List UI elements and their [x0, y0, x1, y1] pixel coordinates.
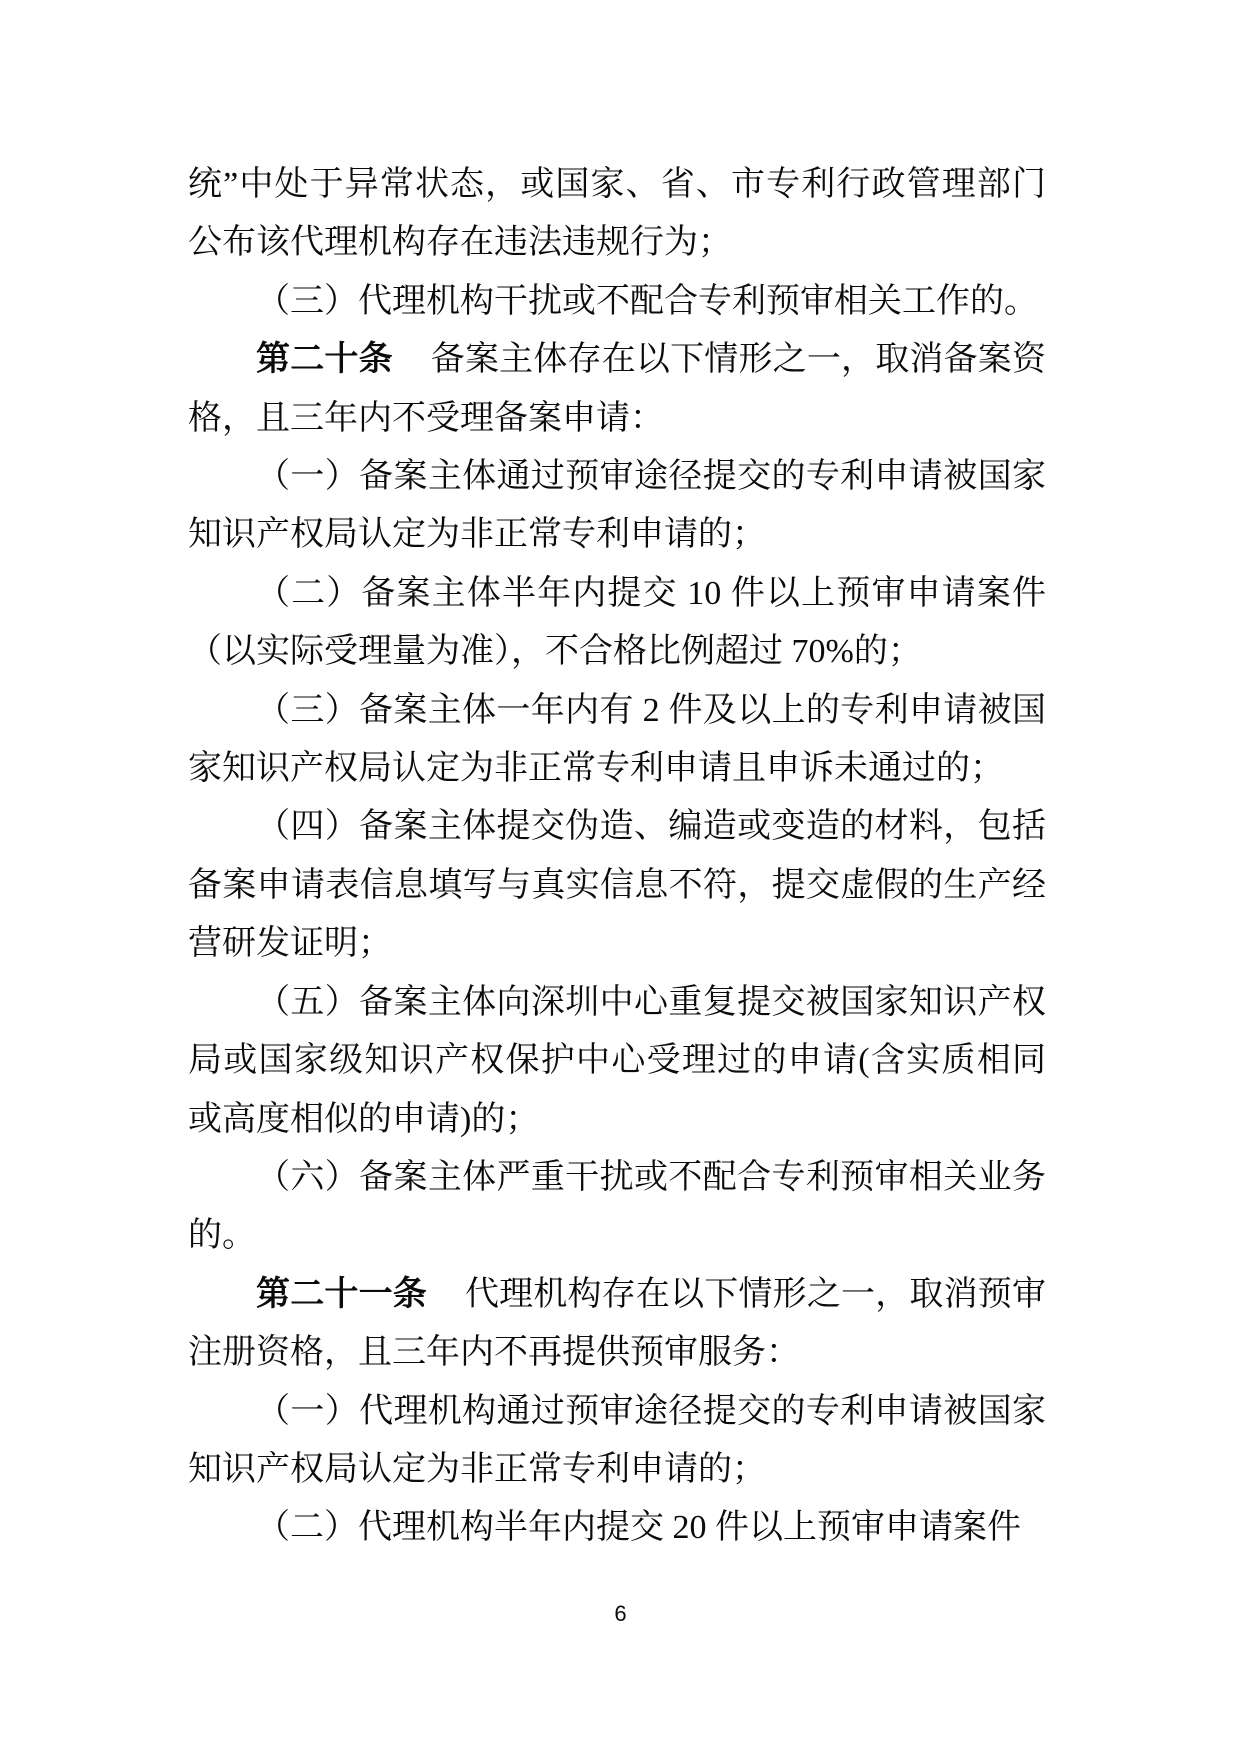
body-paragraph: 第二十一条代理机构存在以下情形之一，取消预审注册资格，且三年内不再提供预审服务： [188, 1266, 1046, 1383]
paragraph-text: （四）备案主体提交伪造、编造或变造的材料，包括备案申请表信息填写与真实信息不符，… [188, 808, 1046, 962]
paragraph-text: （五）备案主体向深圳中心重复提交被国家知识产权局或国家级知识产权保护中心受理过的… [188, 984, 1046, 1138]
body-paragraph: （三）代理机构干扰或不配合专利预审相关工作的。 [188, 273, 1046, 331]
paragraph-text: （二）代理机构半年内提交 20 件以上预审申请案件 [256, 1509, 1021, 1546]
page-number: 6 [0, 1601, 1241, 1627]
paragraph-text: （二）备案主体半年内提交 10 件以上预审申请案件（以实际受理量为准），不合格比… [188, 575, 1046, 670]
body-paragraph: 第二十条备案主体存在以下情形之一，取消备案资格，且三年内不受理备案申请： [188, 331, 1046, 448]
body-paragraph: （六）备案主体严重干扰或不配合专利预审相关业务的。 [188, 1149, 1046, 1266]
body-paragraph: （三）备案主体一年内有 2 件及以上的专利申请被国家知识产权局认定为非正常专利申… [188, 682, 1046, 799]
article-number: 第二十条 [256, 341, 393, 378]
paragraph-text: （一）备案主体通过预审途径提交的专利申请被国家知识产权局认定为非正常专利申请的； [188, 458, 1046, 553]
paragraph-text: （三）备案主体一年内有 2 件及以上的专利申请被国家知识产权局认定为非正常专利申… [188, 692, 1046, 787]
body-paragraph: （二）备案主体半年内提交 10 件以上预审申请案件（以实际受理量为准），不合格比… [188, 565, 1046, 682]
paragraph-text: （六）备案主体严重干扰或不配合专利预审相关业务的。 [188, 1159, 1046, 1254]
body-paragraph: （一）代理机构通过预审途径提交的专利申请被国家知识产权局认定为非正常专利申请的； [188, 1383, 1046, 1500]
body-paragraph: （一）备案主体通过预审途径提交的专利申请被国家知识产权局认定为非正常专利申请的； [188, 448, 1046, 565]
page-body: 统”中处于异常状态，或国家、省、市专利行政管理部门公布该代理机构存在违法违规行为… [188, 156, 1046, 1558]
body-paragraph: （二）代理机构半年内提交 20 件以上预审申请案件 [188, 1499, 1046, 1557]
body-paragraph: （四）备案主体提交伪造、编造或变造的材料，包括备案申请表信息填写与真实信息不符，… [188, 798, 1046, 973]
paragraph-text: （三）代理机构干扰或不配合专利预审相关工作的。 [256, 283, 1038, 320]
article-number: 第二十一条 [256, 1276, 427, 1313]
paragraph-text: 统”中处于异常状态，或国家、省、市专利行政管理部门公布该代理机构存在违法违规行为… [188, 166, 1046, 261]
paragraph-text: （一）代理机构通过预审途径提交的专利申请被国家知识产权局认定为非正常专利申请的； [188, 1393, 1046, 1488]
body-paragraph: （五）备案主体向深圳中心重复提交被国家知识产权局或国家级知识产权保护中心受理过的… [188, 974, 1046, 1149]
body-paragraph: 统”中处于异常状态，或国家、省、市专利行政管理部门公布该代理机构存在违法违规行为… [188, 156, 1046, 273]
document-page: 统”中处于异常状态，或国家、省、市专利行政管理部门公布该代理机构存在违法违规行为… [0, 0, 1241, 1755]
